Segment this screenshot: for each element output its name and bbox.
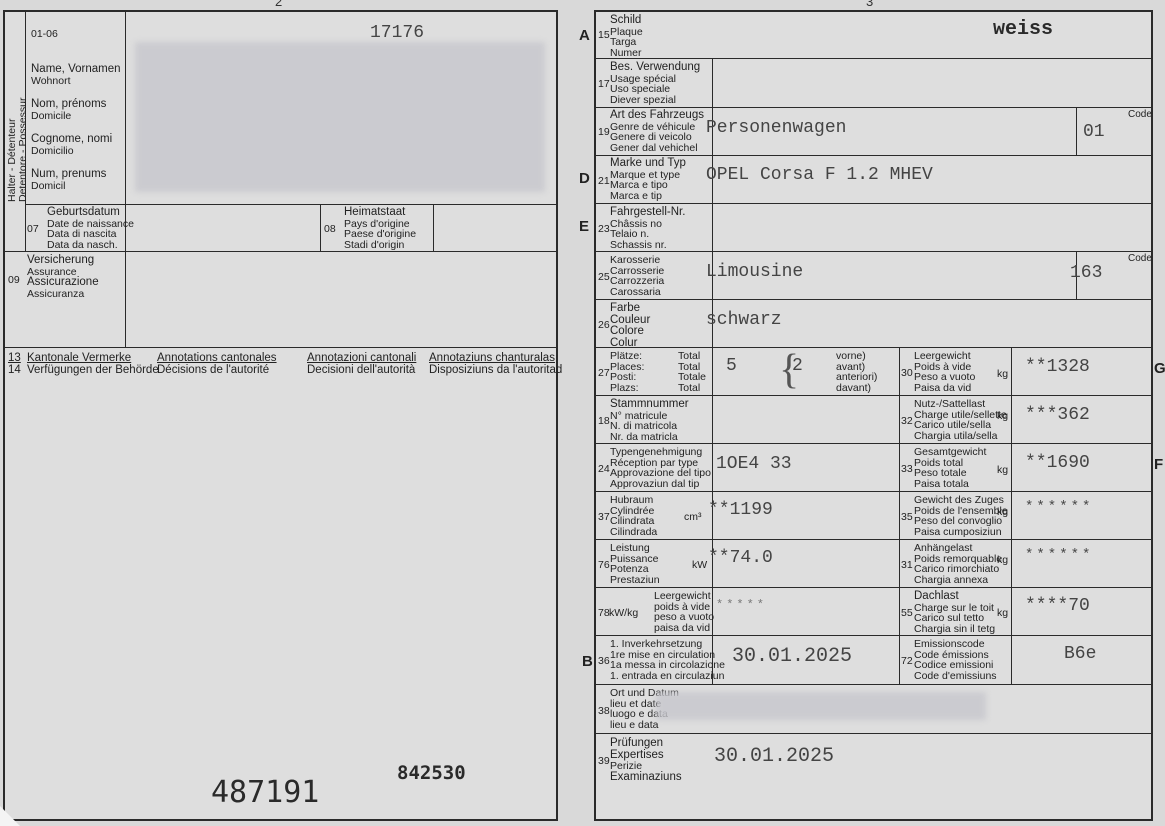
combination-weight-labels: Gewicht des ZugesPoids de l'ensemblePeso…	[914, 495, 1008, 537]
total-weight-value: **1690	[1025, 453, 1090, 473]
origin-labels: Heimatstaat Pays d'origine Paese d'origi…	[344, 207, 416, 250]
divider	[596, 443, 1151, 444]
seats-front-labels: vorne)avant)anteriori)davant)	[836, 351, 877, 393]
payload-value: ***362	[1025, 405, 1090, 425]
divider	[596, 491, 1151, 492]
serial-number-large: 487191	[211, 775, 319, 810]
seats-total-labels: TotalTotalTotaleTotal	[678, 351, 706, 393]
annotations-de: Kantonale Vermerke Verfügungen der Behör…	[27, 352, 159, 376]
power-value: **74.0	[708, 548, 773, 568]
color-value: schwarz	[706, 310, 782, 330]
field-number-55: 55	[901, 607, 913, 619]
special-use-labels: Bes. VerwendungUsage spécialUso speciale…	[610, 62, 700, 105]
field-number-26: 26	[598, 319, 610, 331]
field-number-37: 37	[598, 511, 610, 523]
field-number-33: 33	[901, 463, 913, 475]
code-label: Code	[1128, 253, 1152, 264]
emission-code-value: B6e	[1064, 644, 1096, 664]
divider	[596, 347, 1151, 348]
field-number-35: 35	[901, 511, 913, 523]
field-number-15: 15	[598, 29, 610, 41]
body-code: 163	[1070, 263, 1102, 283]
insurance-labels: Versicherung Assurance Assicurazione Ass…	[27, 255, 99, 299]
first-registration-value: 30.01.2025	[732, 645, 852, 668]
color-labels: FarbeCouleurColoreColur	[610, 303, 650, 349]
divider	[596, 587, 1151, 588]
unit-kw: kW	[692, 559, 707, 571]
left-page-form: Halter - Détenteur Detentore - Possessur…	[3, 10, 558, 821]
field-number-30: 30	[901, 367, 913, 379]
field-number-24: 24	[598, 463, 610, 475]
page-number-right: 3	[866, 0, 873, 9]
field-number-17: 17	[598, 78, 610, 90]
vehicle-type-labels: Art des FahrzeugsGenre de véhiculeGenere…	[610, 110, 704, 153]
body-labels: KarosserieCarrosserieCarrozzeriaCarossar…	[610, 255, 664, 297]
page-number-left: 2	[275, 0, 282, 9]
unit-kg: kg	[997, 554, 1008, 566]
divider	[596, 539, 1151, 540]
field-number-08: 08	[324, 223, 336, 235]
unit-kw-per-kg: kW/kg	[609, 607, 638, 619]
divider	[1011, 347, 1012, 684]
vehicle-type-value: Personenwagen	[706, 118, 846, 138]
birth-date-labels: Geburtsdatum Date de naissance Data di n…	[47, 207, 134, 250]
serial-number-small: 842530	[397, 762, 466, 784]
unit-kg: kg	[997, 506, 1008, 518]
power-to-weight-labels: Leergewichtpoids à videpeso a vuotopaisa…	[654, 591, 714, 633]
empty-weight-value: **1328	[1025, 357, 1090, 377]
seats-total-value: 5	[726, 356, 737, 376]
side-letter-d: D	[579, 170, 590, 187]
displacement-labels: HubraumCylindréeCilindrataCilindrada	[610, 495, 657, 537]
roof-load-value: ****70	[1025, 596, 1090, 616]
field-number-76: 76	[598, 559, 610, 571]
power-to-weight-value: *****	[716, 598, 767, 612]
total-weight-labels: GesamtgewichtPoids totalPeso totalePaisa…	[914, 447, 986, 489]
field-number-25: 25	[598, 271, 610, 283]
annotations-it: Annotazioni cantonali Decisioni dell'aut…	[307, 352, 416, 376]
unit-kg: kg	[997, 368, 1008, 380]
side-letter-a: A	[579, 27, 590, 44]
divider	[596, 203, 1151, 204]
annotations-rm: Annotaziuns chanturalas Disposiziuns da …	[429, 352, 562, 376]
seats-labels: Plätze:Places:Posti:Plazs:	[610, 351, 644, 393]
vehicle-type-code: 01	[1083, 122, 1105, 142]
field-number-32: 32	[901, 415, 913, 427]
combination-weight-value: ******	[1025, 499, 1093, 515]
divider	[125, 12, 126, 347]
towing-capacity-value: ******	[1025, 547, 1093, 563]
page-corner	[0, 806, 20, 826]
divider	[596, 58, 1151, 59]
divider	[596, 733, 1151, 734]
divider	[596, 155, 1151, 156]
field-number-21: 21	[598, 175, 610, 187]
base-number-labels: StammnummerN° matriculeN. di matricolaNr…	[610, 399, 689, 442]
divider	[1076, 107, 1077, 155]
annotations-numbers: 13 14	[8, 352, 21, 376]
type-approval-labels: TypengenehmigungRéception par typeApprov…	[610, 447, 711, 489]
side-letter-f: F	[1154, 456, 1163, 473]
payload-labels: Nutz-/SattellastCharge utile/selletteCar…	[914, 399, 1007, 441]
annotations-fr: Annotations cantonales Décisions de l'au…	[157, 352, 277, 376]
holder-side-label: Halter - Détenteur Detentore - Possessur	[7, 98, 29, 202]
divider	[899, 347, 900, 684]
divider	[5, 251, 556, 252]
side-letter-b: B	[582, 653, 593, 670]
divider	[596, 251, 1151, 252]
field-number-78: 78	[598, 607, 610, 619]
inspections-labels: PrüfungenExpertisesPerizieExaminaziuns	[610, 738, 682, 783]
divider	[320, 204, 321, 251]
holder-labels: Name, Vornamen Wohnort Nom, prénoms Domi…	[31, 64, 121, 191]
divider	[596, 684, 1151, 685]
plate-value: weiss	[993, 18, 1053, 41]
body-value: Limousine	[706, 262, 803, 282]
type-approval-value: 1OE4 33	[716, 454, 792, 474]
plate-labels: SchildPlaqueTargaNumer	[610, 15, 643, 58]
inspections-value: 30.01.2025	[714, 745, 834, 768]
power-labels: LeistungPuissancePotenzaPrestaziun	[610, 543, 660, 585]
registration-number: 17176	[370, 23, 424, 43]
field-number-07: 07	[27, 223, 39, 235]
right-page-form: 15 SchildPlaqueTargaNumer weiss 17 Bes. …	[594, 10, 1153, 821]
make-model-labels: Marke und TypMarque et typeMarca e tipoM…	[610, 158, 686, 201]
chassis-labels: Fahrgestell-Nr.Châssis noTelaio n.Schass…	[610, 207, 685, 250]
field-number-23: 23	[598, 223, 610, 235]
unit-kg: kg	[997, 607, 1008, 619]
divider	[596, 395, 1151, 396]
emission-code-labels: EmissionscodeCode émissionsCodice emissi…	[914, 639, 997, 681]
code-label: Code	[1128, 109, 1152, 120]
field-number-09: 09	[8, 274, 20, 286]
field-number-38: 38	[598, 705, 610, 717]
field-number-19: 19	[598, 126, 610, 138]
empty-weight-labels: LeergewichtPoids à videPeso a vuotoPaisa…	[914, 351, 975, 393]
field-number-27: 27	[598, 367, 610, 379]
unit-cm3: cm³	[684, 511, 702, 523]
divider	[433, 204, 434, 251]
field-number-18: 18	[598, 415, 610, 427]
roof-load-labels: DachlastCharge sur le toitCarico sul tet…	[914, 591, 995, 634]
towing-capacity-labels: AnhängelastPoids remorquableCarico rimor…	[914, 543, 1002, 585]
displacement-value: **1199	[708, 500, 773, 520]
field-number-39: 39	[598, 755, 610, 767]
place-date-redacted	[656, 692, 986, 720]
side-letter-e: E	[579, 218, 589, 235]
holder-value-redacted	[135, 42, 545, 192]
unit-kg: kg	[997, 410, 1008, 422]
side-letter-g: G	[1154, 360, 1165, 377]
divider	[596, 107, 1151, 108]
first-registration-labels: 1. Inverkehrsetzung1re mise en circulati…	[610, 639, 725, 681]
field-number-36: 36	[598, 655, 610, 667]
holder-field-range: 01-06	[31, 29, 58, 40]
unit-kg: kg	[997, 464, 1008, 476]
divider	[596, 635, 1151, 636]
field-number-72: 72	[901, 655, 913, 667]
seats-front-value: 2	[792, 356, 803, 376]
make-model-value: OPEL Corsa F 1.2 MHEV	[706, 165, 933, 185]
divider	[25, 204, 556, 205]
field-number-31: 31	[901, 559, 913, 571]
divider	[5, 347, 556, 348]
divider	[596, 299, 1151, 300]
